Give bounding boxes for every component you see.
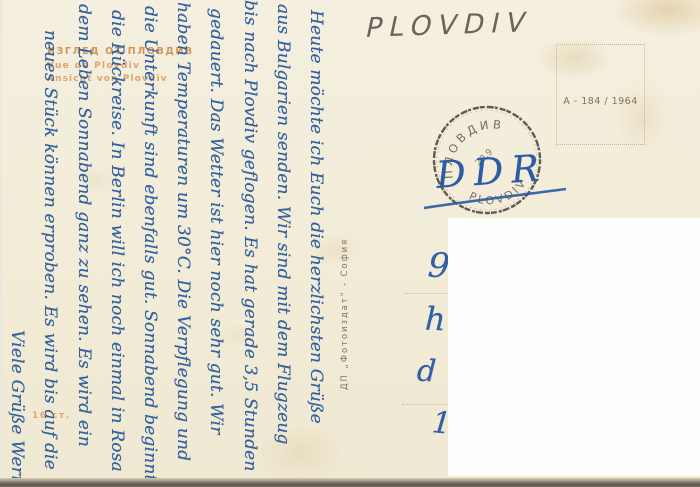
message-line: die Rückreise. In Berlin will ich noch e…: [100, 0, 133, 487]
message-line: die Unterkunft sind ebenfalls gut. Sonna…: [133, 0, 166, 487]
address-fragment: d: [416, 354, 437, 390]
message-line: aus Bulgarien senden. Wir sind mit dem F…: [266, 0, 299, 487]
message-line: bis nach Plovdiv geflogen. Es hat gerade…: [232, 0, 265, 487]
card-bottom-shadow: [0, 478, 700, 487]
message-line: neues Stück können erproben. Es wird bis…: [33, 0, 66, 487]
message-line: dem Leben Sonnabend ganz zu sehen. Es wi…: [67, 0, 100, 487]
redaction-whiteout-block: [448, 218, 700, 476]
pencil-title-note: PLOVDIV: [363, 7, 535, 44]
message-line: gedauert. Das Wetter ist hier noch sehr …: [199, 0, 232, 487]
message-line: Heute möchte ich Euch die herzlichsten G…: [299, 0, 332, 487]
publisher-imprint: ДП „Фотоиздат" - София: [340, 178, 354, 390]
card-left-edge-highlight: [0, 0, 4, 481]
message-signature: Viele Grüße Werner.: [0, 0, 33, 487]
ddr-overprint: DDR: [435, 146, 549, 197]
handwritten-message: Heute möchte ich Euch die herzlichsten G…: [0, 0, 332, 487]
message-line: haben Temperaturen um 30°C. Die Verpfleg…: [166, 0, 199, 487]
address-fragment: h: [424, 300, 446, 339]
stamp-box: A - 184 / 1964: [556, 44, 645, 145]
postcard-scan: ИЗГЛЕД ОТ ПЛОВДИВ Vue de Plovdiv Ansicht…: [0, 0, 700, 487]
address-guide-line: [404, 293, 448, 294]
postcard-back: ИЗГЛЕД ОТ ПЛОВДИВ Vue de Plovdiv Ansicht…: [0, 0, 700, 481]
address-guide-line: [402, 404, 448, 405]
stamp-box-code: A - 184 / 1964: [563, 96, 638, 107]
